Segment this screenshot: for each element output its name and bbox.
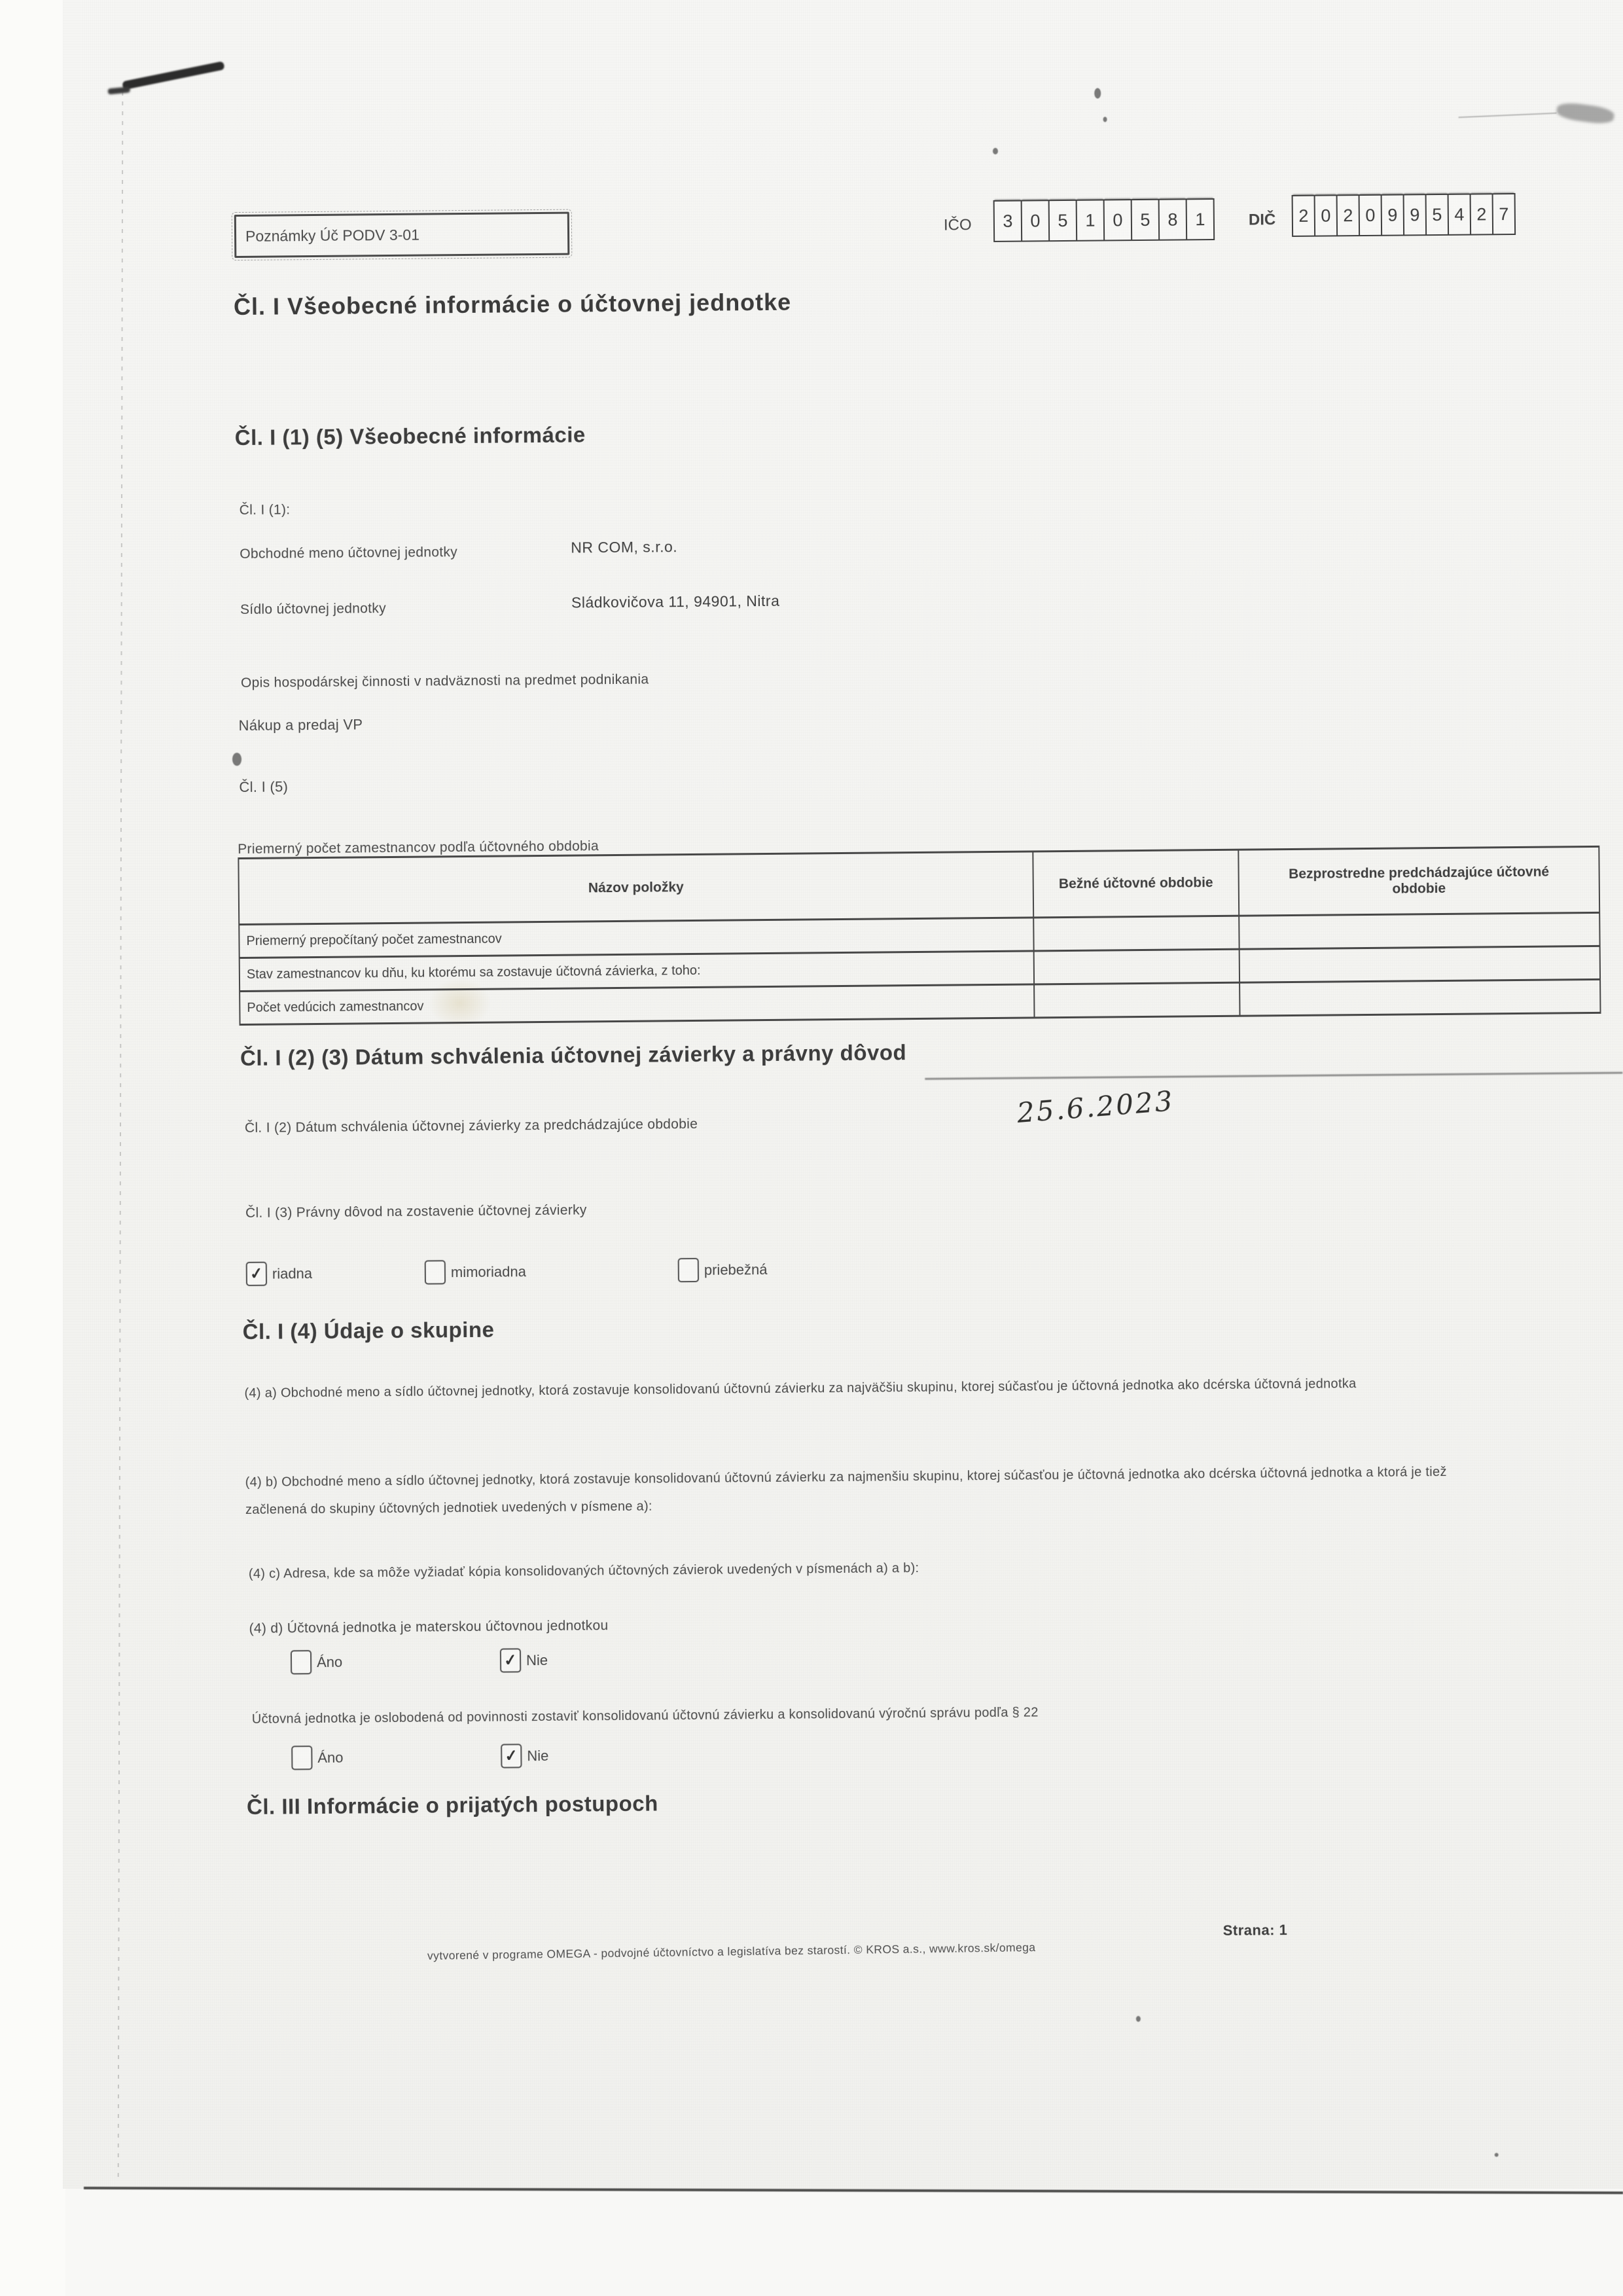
ico-digit-cell: 5: [1131, 199, 1160, 241]
scan-speck: [232, 753, 241, 766]
business-activity-label: Opis hospodárskej činnosti v nadväznosti…: [241, 672, 649, 691]
subsection-title-general-info: Čl. I (1) (5) Všeobecné informácie: [235, 422, 586, 450]
checkbox-label: Áno: [317, 1653, 342, 1670]
header-previous-period: Bezprostredne predchádzajúce účtovné obd…: [1238, 846, 1599, 916]
row-label-cell: Počet vedúcich zamestnancov: [240, 984, 1034, 1025]
dic-digit-cell: 2: [1292, 195, 1316, 237]
company-seat-value: Sládkovičova 11, 94901, Nitra: [571, 592, 780, 612]
ico-digit-boxes: 30510581: [995, 198, 1215, 242]
dic-label: DIČ: [1249, 211, 1276, 229]
header-current-period: Bežné účtovné obdobie: [1033, 850, 1239, 918]
section-title-group-info: Čl. I (4) Údaje o skupine: [243, 1318, 495, 1344]
checkbox-option[interactable]: ✓ riadna: [246, 1261, 425, 1286]
scanned-accounting-notes-page: { "page": { "form_id": "Poznámky Úč PODV…: [0, 0, 1623, 2296]
checkbox-option[interactable]: ✓ Áno: [291, 1744, 501, 1770]
smudge-artifact: [1556, 101, 1615, 125]
checkbox-label: Nie: [527, 1747, 548, 1764]
checkbox[interactable]: ✓: [291, 1746, 312, 1770]
scan-line-artifact: [925, 1072, 1622, 1080]
legal-reason-options: ✓ riadna ✓ mimoriadna ✓ priebežná: [246, 1257, 768, 1286]
legal-reason-label: Čl. I (3) Právny dôvod na zostavenie účt…: [245, 1202, 587, 1221]
scan-speck: [1495, 2153, 1499, 2157]
checkbox-option[interactable]: ✓ Áno: [291, 1649, 500, 1675]
dic-digit-cell: 0: [1359, 194, 1383, 236]
checkbox-label: Nie: [526, 1651, 548, 1668]
ico-digit-cell: 1: [1076, 199, 1105, 241]
check-mark-icon: ✓: [249, 1265, 264, 1282]
section-title-general-info: Čl. I Všeobecné informácie o účtovnej je…: [234, 289, 792, 321]
ico-digit-cell: 3: [993, 200, 1023, 242]
employees-table-header: Názov položky Bežné účtovné obdobie Bezp…: [238, 846, 1599, 924]
dic-digit-cell: 7: [1492, 193, 1516, 235]
previous-period-cell[interactable]: [1239, 912, 1599, 949]
company-seat-label: Sídlo účtovnej jednotky: [240, 601, 386, 618]
clause-i-5-label: Čl. I (5): [239, 778, 288, 796]
dic-digit-cell: 4: [1448, 194, 1472, 236]
checkbox-label: riadna: [272, 1265, 312, 1283]
checkbox-option[interactable]: ✓ mimoriadna: [425, 1258, 678, 1284]
dic-digit-cell: 2: [1336, 194, 1361, 236]
checkbox-label: Áno: [317, 1749, 343, 1766]
check-mark-icon: ✓: [503, 1652, 518, 1669]
checkbox[interactable]: ✓: [501, 1744, 522, 1768]
scan-speck: [1103, 117, 1107, 122]
ico-digit-cell: 0: [1021, 200, 1050, 242]
current-period-cell[interactable]: [1034, 982, 1240, 1018]
scan-speck: [1136, 2016, 1141, 2022]
header-item-name: Názov položky: [238, 852, 1033, 925]
employees-table: Názov položky Bežné účtovné obdobie Bezp…: [238, 846, 1601, 1026]
check-mark-icon: ✓: [504, 1748, 519, 1765]
checkbox-option[interactable]: ✓ Nie: [501, 1744, 548, 1768]
ico-digit-cell: 1: [1186, 198, 1215, 240]
form-id-label: Poznámky Úč PODV 3-01: [245, 226, 419, 245]
previous-period-cell[interactable]: [1240, 946, 1600, 982]
dic-digit-boxes: 2020995427: [1293, 193, 1516, 237]
page-content: Poznámky Úč PODV 3-01 IČO 30510581 DIČ 2…: [0, 0, 1623, 2296]
checkbox[interactable]: ✓: [678, 1258, 699, 1282]
dic-digit-cell: 9: [1403, 194, 1427, 236]
company-name-label: Obchodné meno účtovnej jednotky: [240, 545, 457, 562]
form-id-box: Poznámky Úč PODV 3-01: [234, 212, 570, 258]
ico-digit-cell: 0: [1103, 199, 1133, 241]
checkbox[interactable]: ✓: [500, 1648, 521, 1672]
checkbox[interactable]: ✓: [291, 1650, 312, 1674]
group-paragraph-d: (4) d) Účtovná jednotka je materskou účt…: [249, 1607, 1165, 1643]
employees-table-body: Priemerný prepočítaný počet zamestnancov…: [239, 912, 1600, 1024]
current-period-cell[interactable]: [1033, 916, 1239, 951]
clause-i-1-label: Čl. I (1):: [240, 502, 291, 518]
dic-digit-cell: 2: [1470, 193, 1494, 235]
ico-label: IČO: [944, 216, 972, 234]
group-paragraph-a: (4) a) Obchodné meno a sídlo účtovnej je…: [244, 1369, 1507, 1407]
business-activity-value: Nákup a predaj VP: [238, 716, 363, 734]
group-paragraph-c: (4) c) Adresa, kde sa môže vyžiadať kópi…: [249, 1550, 1427, 1588]
dic-digit-cell: 0: [1314, 194, 1338, 236]
current-period-cell[interactable]: [1034, 949, 1240, 984]
pen-dash-artifact: [1459, 113, 1557, 118]
parent-entity-options: ✓ Áno ✓ Nie: [291, 1648, 548, 1674]
checkbox-option[interactable]: ✓ priebežná: [678, 1257, 768, 1282]
approval-date-label: Čl. I (2) Dátum schválenia účtovnej závi…: [245, 1117, 698, 1136]
scan-speck: [993, 148, 998, 154]
checkbox-option[interactable]: ✓ Nie: [500, 1648, 548, 1673]
group-paragraph-b: (4) b) Obchodné meno a sídlo účtovnej je…: [245, 1458, 1508, 1524]
checkbox[interactable]: ✓: [246, 1262, 267, 1286]
section-title-approval-date: Čl. I (2) (3) Dátum schválenia účtovnej …: [240, 1040, 906, 1071]
software-credit-line: vytvorené v programe OMEGA - podvojné úč…: [427, 1941, 1036, 1963]
approval-date-handwritten-value: 25.6.2023: [1016, 1085, 1175, 1129]
company-name-value: NR COM, s.r.o.: [571, 538, 677, 556]
checkbox[interactable]: ✓: [425, 1260, 446, 1284]
page-number: Strana: 1: [1223, 1922, 1288, 1939]
pen-mark-artifact: [122, 61, 224, 90]
checkbox-label: priebežná: [704, 1261, 768, 1279]
ico-digit-cell: 5: [1048, 200, 1078, 242]
checkbox-label: mimoriadna: [451, 1263, 526, 1281]
consolidation-exemption-label: Účtovná jednotka je oslobodená od povinn…: [252, 1695, 1489, 1732]
ico-digit-cell: 8: [1158, 198, 1188, 240]
section-title-procedures: Čl. III Informácie o prijatých postupoch: [247, 1791, 658, 1820]
dic-digit-cell: 9: [1381, 194, 1405, 236]
dic-digit-cell: 5: [1425, 194, 1450, 236]
scan-speck: [1094, 88, 1101, 98]
previous-period-cell[interactable]: [1240, 979, 1600, 1016]
consolidation-exemption-options: ✓ Áno ✓ Nie: [291, 1744, 548, 1770]
